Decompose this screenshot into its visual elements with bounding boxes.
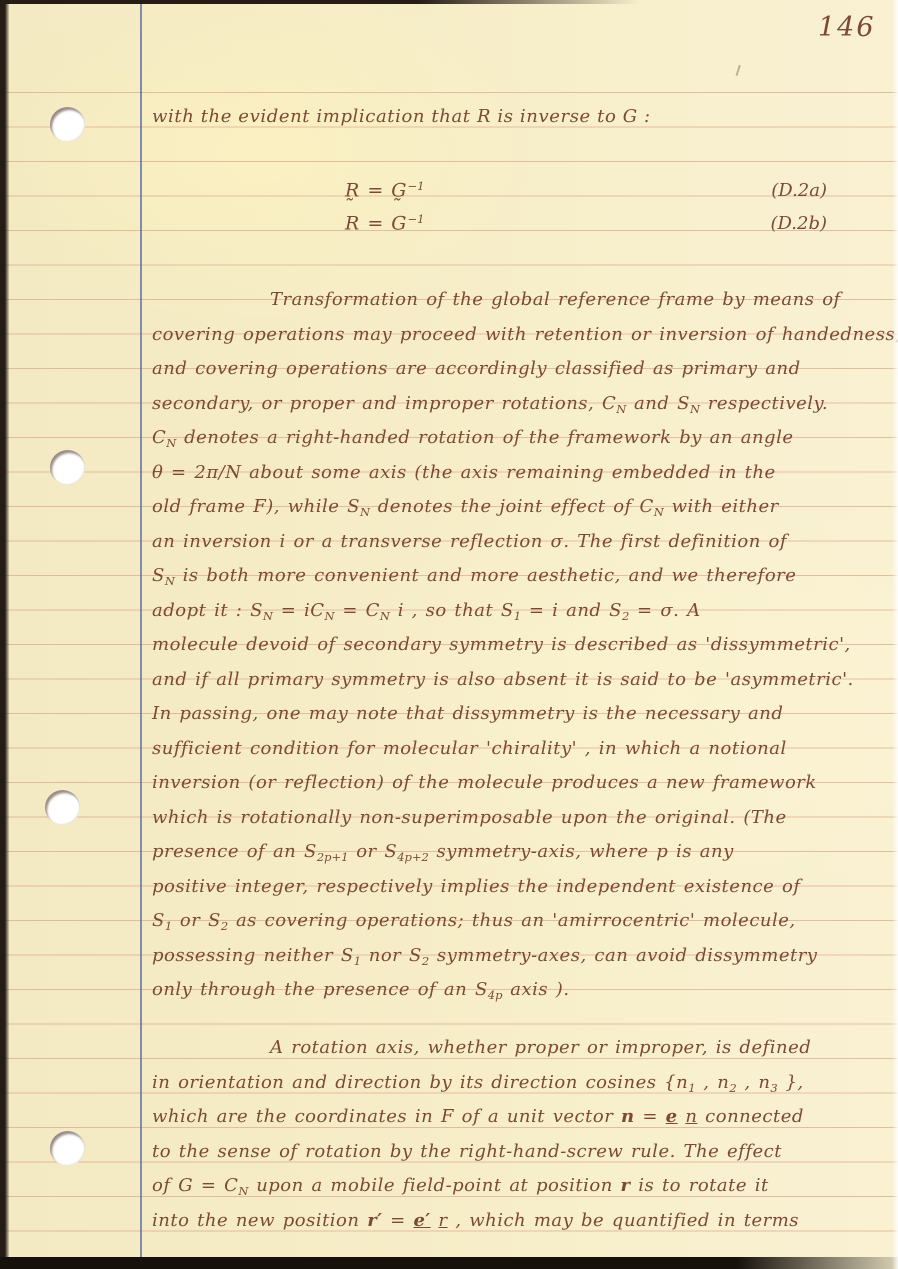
equation-row: R̰ = G̰−1(D.2a) <box>345 170 827 203</box>
text-line: adopt it : SN = iCN = CN i , so that S1 … <box>152 594 894 629</box>
text-line: to the sense of rotation by the right-ha… <box>152 1135 894 1170</box>
text-line: and covering operations are accordingly … <box>152 352 894 387</box>
text-line: A rotation axis, whether proper or impro… <box>152 1031 894 1066</box>
text-line: In passing, one may note that dissymmetr… <box>152 697 894 732</box>
text-line: and if all primary symmetry is also abse… <box>152 663 894 698</box>
punch-hole <box>50 107 85 142</box>
equation-label: (D.2b) <box>770 207 827 240</box>
text-line: of G = CN upon a mobile field-point at p… <box>152 1169 894 1204</box>
equation-block: R̰ = G̰−1(D.2a)R = G−1(D.2b) <box>345 170 827 236</box>
paragraph-symmetry-operations: Transformation of the global reference f… <box>152 283 894 1008</box>
equation-body: R̰ = G̰−1 <box>345 170 424 207</box>
text-line: only through the presence of an S4p axis… <box>152 973 894 1008</box>
scan-edge-left <box>0 0 9 1269</box>
text-line: possessing neither S1 nor S2 symmetry-ax… <box>152 939 894 974</box>
equation-label: (D.2a) <box>771 174 827 207</box>
text-line: an inversion i or a transverse reflectio… <box>152 525 894 560</box>
text-line: which are the coordinates in F of a unit… <box>152 1100 894 1135</box>
paragraph-rotation-axis: A rotation axis, whether proper or impro… <box>152 1031 894 1238</box>
text-line: Transformation of the global reference f… <box>152 283 894 318</box>
text-line: θ = 2π/N about some axis (the axis remai… <box>152 456 894 491</box>
text-line: in orientation and direction by its dire… <box>152 1066 894 1101</box>
scan-edge-bottom <box>0 1257 898 1269</box>
equation-body: R = G−1 <box>345 203 424 240</box>
text-line: CN denotes a right-handed rotation of th… <box>152 421 894 456</box>
margin-line <box>140 0 142 1269</box>
heading-line: with the evident implication that R is i… <box>152 106 651 127</box>
punch-hole <box>50 1131 85 1166</box>
text-line: SN is both more convenient and more aest… <box>152 559 894 594</box>
text-line: sufficient condition for molecular 'chir… <box>152 732 894 767</box>
page-number: 146 <box>818 12 876 43</box>
text-line: covering operations may proceed with ret… <box>152 318 894 353</box>
text-line: which is rotationally non-superimposable… <box>152 801 894 836</box>
text-line: into the new position r′ = e′ r , which … <box>152 1204 894 1239</box>
punch-hole <box>45 790 80 825</box>
text-line: old frame F), while SN denotes the joint… <box>152 490 894 525</box>
text-line: presence of an S2p+1 or S4p+2 symmetry-a… <box>152 835 894 870</box>
scan-edge-top <box>0 0 640 4</box>
text-line: molecule devoid of secondary symmetry is… <box>152 628 894 663</box>
text-line: S1 or S2 as covering operations; thus an… <box>152 904 894 939</box>
punch-hole <box>50 450 85 485</box>
text-line: positive integer, respectively implies t… <box>152 870 894 905</box>
pencil-stray-mark <box>736 65 748 78</box>
notebook-page: 146 with the evident implication that R … <box>0 0 898 1269</box>
scan-edge-right <box>892 0 898 1269</box>
equation-row: R = G−1(D.2b) <box>345 203 827 236</box>
text-line: inversion (or reflection) of the molecul… <box>152 766 894 801</box>
text-line: secondary, or proper and improper rotati… <box>152 387 894 422</box>
